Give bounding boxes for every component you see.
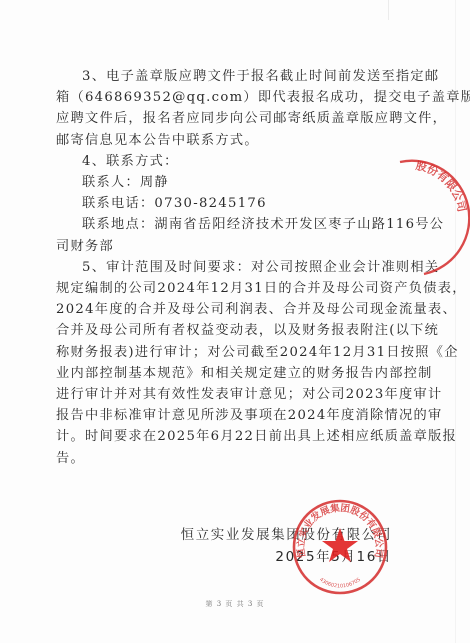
section5-line: 2024年度的合并及母公司利润表、合并及母公司现金流量表、 xyxy=(56,299,396,320)
section4-heading: 4、联系方式： xyxy=(56,151,396,172)
svg-text:股份有限公司: 股份有限公司 xyxy=(415,158,470,213)
page-number-footer: 第 3 页 共 3 页 xyxy=(0,599,470,609)
section5-line: 5、审计范围及时间要求：对公司按照企业会计准则相关 xyxy=(56,257,396,278)
document-body: 3、电子盖章版应聘文件于报名截止时间前发送至指定邮 箱（646869352@qq… xyxy=(56,66,396,469)
svg-text:4306021010670S: 4306021010670S xyxy=(318,577,362,590)
section5-line: 报告中非标准审计意见所涉及事项在2024年度消除情况的审 xyxy=(56,405,396,426)
contact-address: 联系地点：湖南省岳阳经济技术开发区枣子山路116号公 xyxy=(56,214,396,235)
section5-line: 业内部控制基本规范》和相关规定建立的财务报告内部控制 xyxy=(56,363,396,384)
section5-line: 告。 xyxy=(56,448,396,469)
contact-person: 联系人：周静 xyxy=(56,172,396,193)
section5-line: 合并及母公司所有者权益变动表，以及财务报表附注(以下统 xyxy=(56,320,396,341)
section5-line: 计。时间要求在2025年6月22日前出具上述相应纸质盖章版报 xyxy=(56,426,396,447)
section3-line: 应聘文件后，报名者应同步向公司邮寄纸质盖章版应聘文件， xyxy=(56,108,396,129)
section3-line: 邮寄信息见本公告中联系方式。 xyxy=(56,130,396,151)
contact-phone: 联系电话：0730-8245176 xyxy=(56,193,396,214)
signature-company: 恒立实业发展集团股份有限公司 xyxy=(181,523,392,543)
section5-line: 称财务报表)进行审计；对公司截至2024年12月31日按照《企 xyxy=(56,342,396,363)
section5-line: 规定编制的公司2024年12月31日的合并及母公司资产负债表， xyxy=(56,278,396,299)
signature-date: 2025年5月16日 xyxy=(275,545,392,565)
scan-edge xyxy=(388,0,389,20)
section3-line: 箱（646869352@qq.com）即代表报名成功，提交电子盖章版 xyxy=(56,87,396,108)
section3-line: 3、电子盖章版应聘文件于报名截止时间前发送至指定邮 xyxy=(56,66,396,87)
contact-address: 司财务部 xyxy=(56,236,396,257)
document-page: 3、电子盖章版应聘文件于报名截止时间前发送至指定邮 箱（646869352@qq… xyxy=(0,0,470,643)
section5-line: 进行审计并对其有效性发表审计意见；对公司2023年度审计 xyxy=(56,384,396,405)
